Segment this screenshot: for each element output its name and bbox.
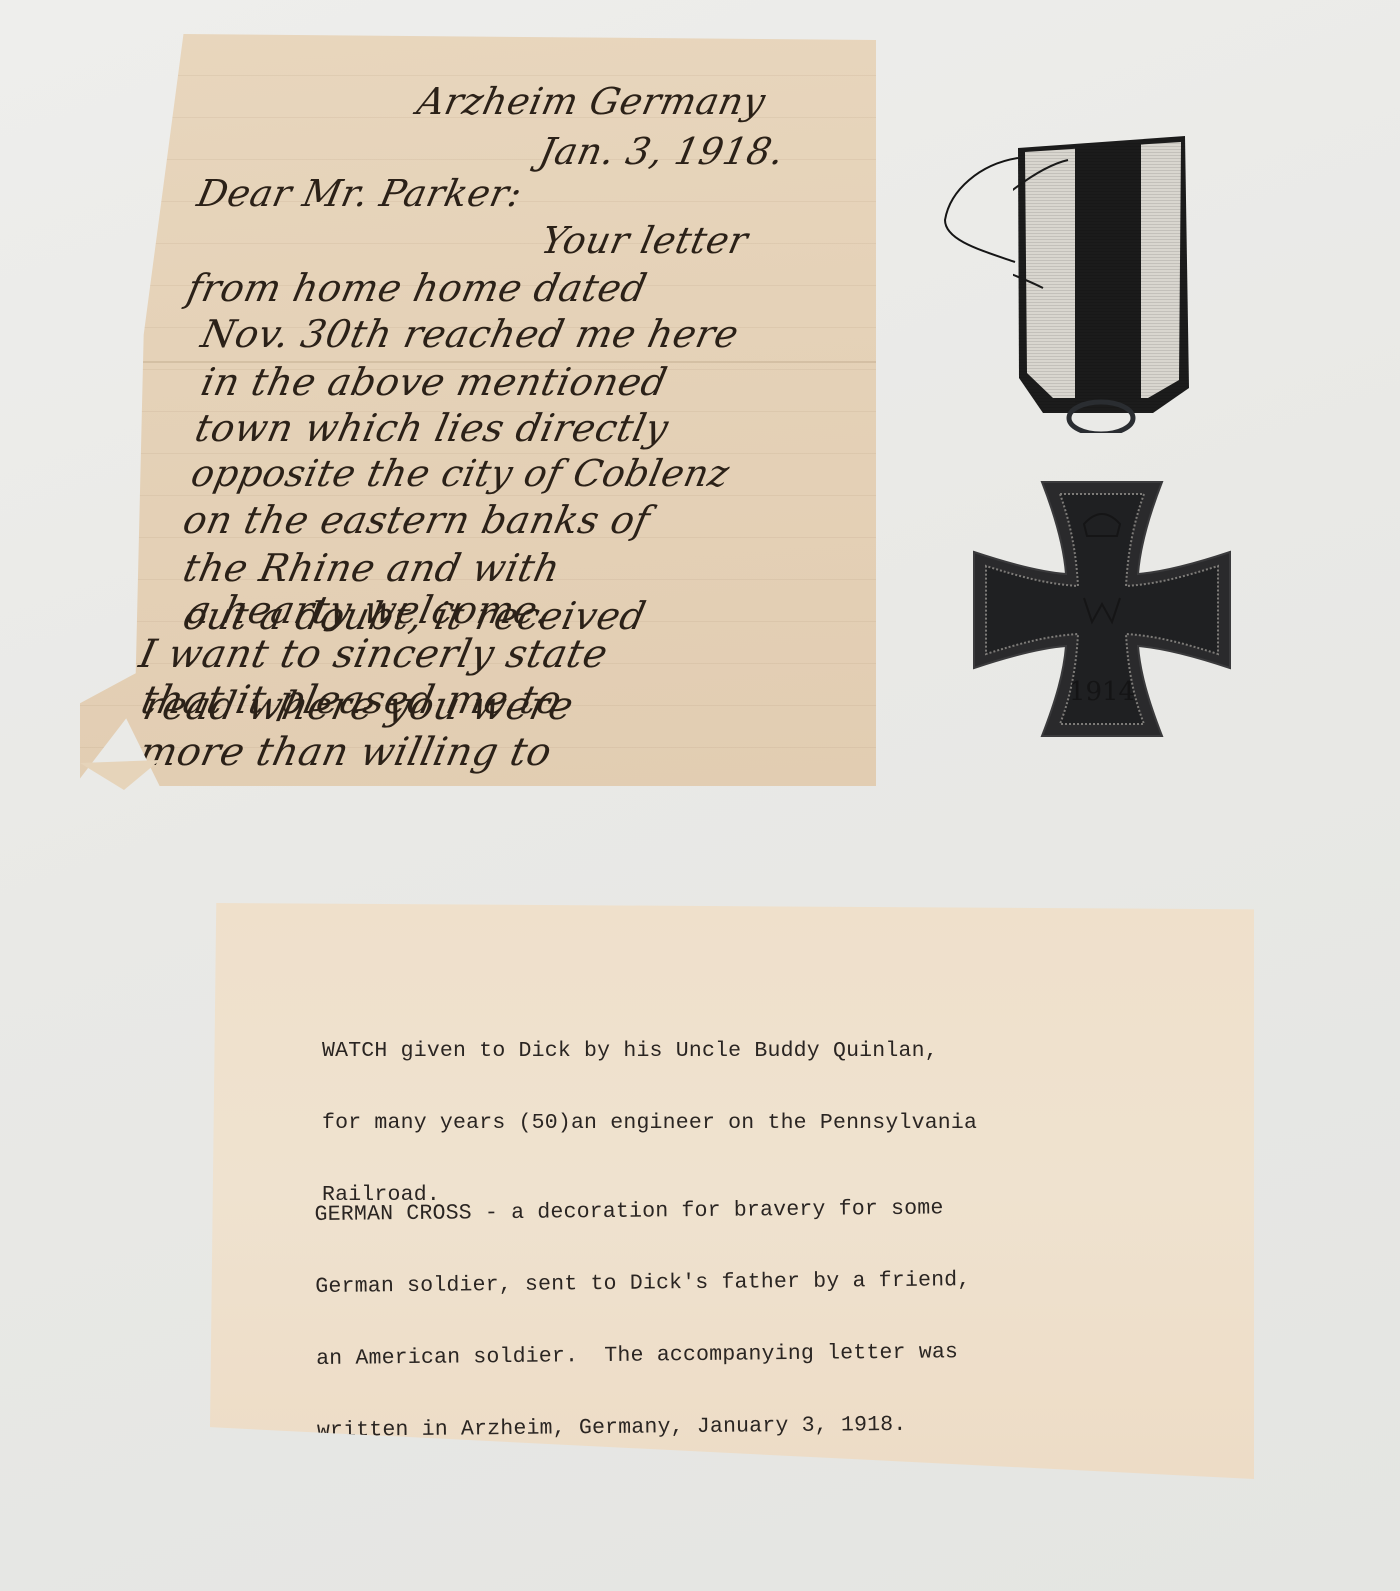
- card-paragraph-german-cross: GERMAN CROSS - a decoration for bravery …: [314, 1148, 973, 1491]
- handwritten-letter: Arzheim Germany Jan. 3, 1918. Dear Mr. P…: [80, 34, 876, 786]
- loose-thread-icon: [940, 150, 1020, 280]
- letter-line: from home home dated: [183, 266, 651, 310]
- letter-line: more than willing to: [135, 730, 556, 775]
- card-line: for many years (50)an engineer on the Pe…: [322, 1111, 977, 1135]
- iron-cross-icon: 1914: [972, 478, 1232, 738]
- card-line: GERMAN CROSS - a decoration for bravery …: [315, 1196, 970, 1227]
- card-line: an American soldier. The accompanying le…: [316, 1340, 971, 1371]
- letter-line: in the above mentioned: [197, 360, 671, 404]
- letter-salutation: Dear Mr. Parker:: [193, 172, 526, 215]
- letter-line: town which lies directly: [191, 406, 672, 450]
- letter-line: I want to sincerly state: [135, 632, 612, 677]
- torn-corner-fragment: [80, 760, 160, 790]
- letter-line: read where you were: [139, 684, 577, 729]
- letter-line: the Rhine and with: [179, 546, 564, 590]
- letter-line: Nov. 30th reached me here: [197, 312, 742, 356]
- typed-description-card: WATCH given to Dick by his Uncle Buddy Q…: [210, 903, 1254, 1479]
- letter-heading-place: Arzheim Germany: [413, 80, 769, 123]
- card-line: WATCH given to Dick by his Uncle Buddy Q…: [322, 1039, 977, 1063]
- card-line: German soldier, sent to Dick's father by…: [315, 1268, 970, 1299]
- medal-ribbon-icon: [1013, 128, 1189, 433]
- card-line: written in Arzheim, Germany, January 3, …: [317, 1412, 972, 1443]
- cross-year: 1914: [1069, 677, 1135, 707]
- letter-heading-date: Jan. 3, 1918.: [535, 130, 788, 173]
- letter-line: on the eastern banks of: [179, 498, 654, 542]
- letter-line: opposite the city of Coblenz: [187, 452, 733, 495]
- letter-line: Your letter: [537, 219, 751, 262]
- letter-line: a hearty welcome.: [183, 588, 554, 632]
